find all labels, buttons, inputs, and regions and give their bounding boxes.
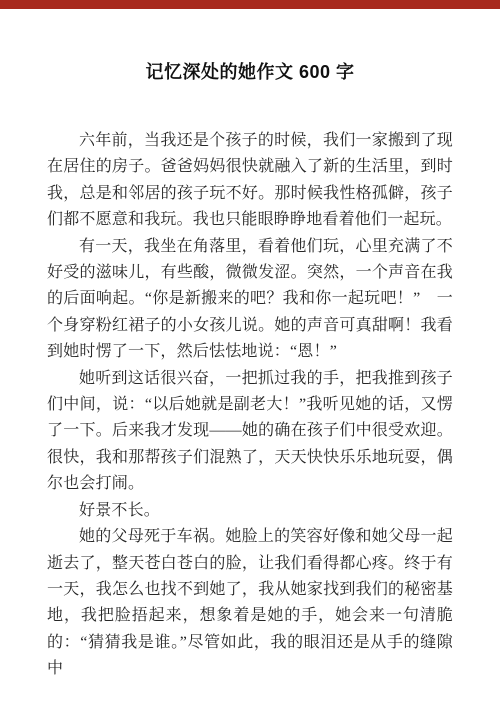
essay-paragraph: 她的父母死于车祸。她脸上的笑容好像和她父母一起逝去了，整天苍白苍白的脸，让我们看… — [47, 524, 453, 682]
essay-paragraph: 好景不长。 — [47, 498, 453, 524]
essay-title: 记忆深处的她作文 600 字 — [0, 0, 500, 84]
essay-paragraph: 她听到这话很兴奋，一把抓过我的手，把我推到孩子们中间，说：“以后她就是副老大！”… — [47, 366, 453, 498]
essay-body: 六年前，当我还是个孩子的时候，我们一家搬到了现在居住的房子。爸爸妈妈很快就融入了… — [47, 128, 453, 683]
essay-paragraph: 有一天，我坐在角落里，看着他们玩，心里充满了不好受的滋味儿，有些酸，微微发涩。突… — [47, 234, 453, 366]
top-red-strip — [0, 0, 500, 9]
essay-paragraph: 六年前，当我还是个孩子的时候，我们一家搬到了现在居住的房子。爸爸妈妈很快就融入了… — [47, 128, 453, 234]
document-page: 记忆深处的她作文 600 字 六年前，当我还是个孩子的时候，我们一家搬到了现在居… — [0, 0, 500, 708]
